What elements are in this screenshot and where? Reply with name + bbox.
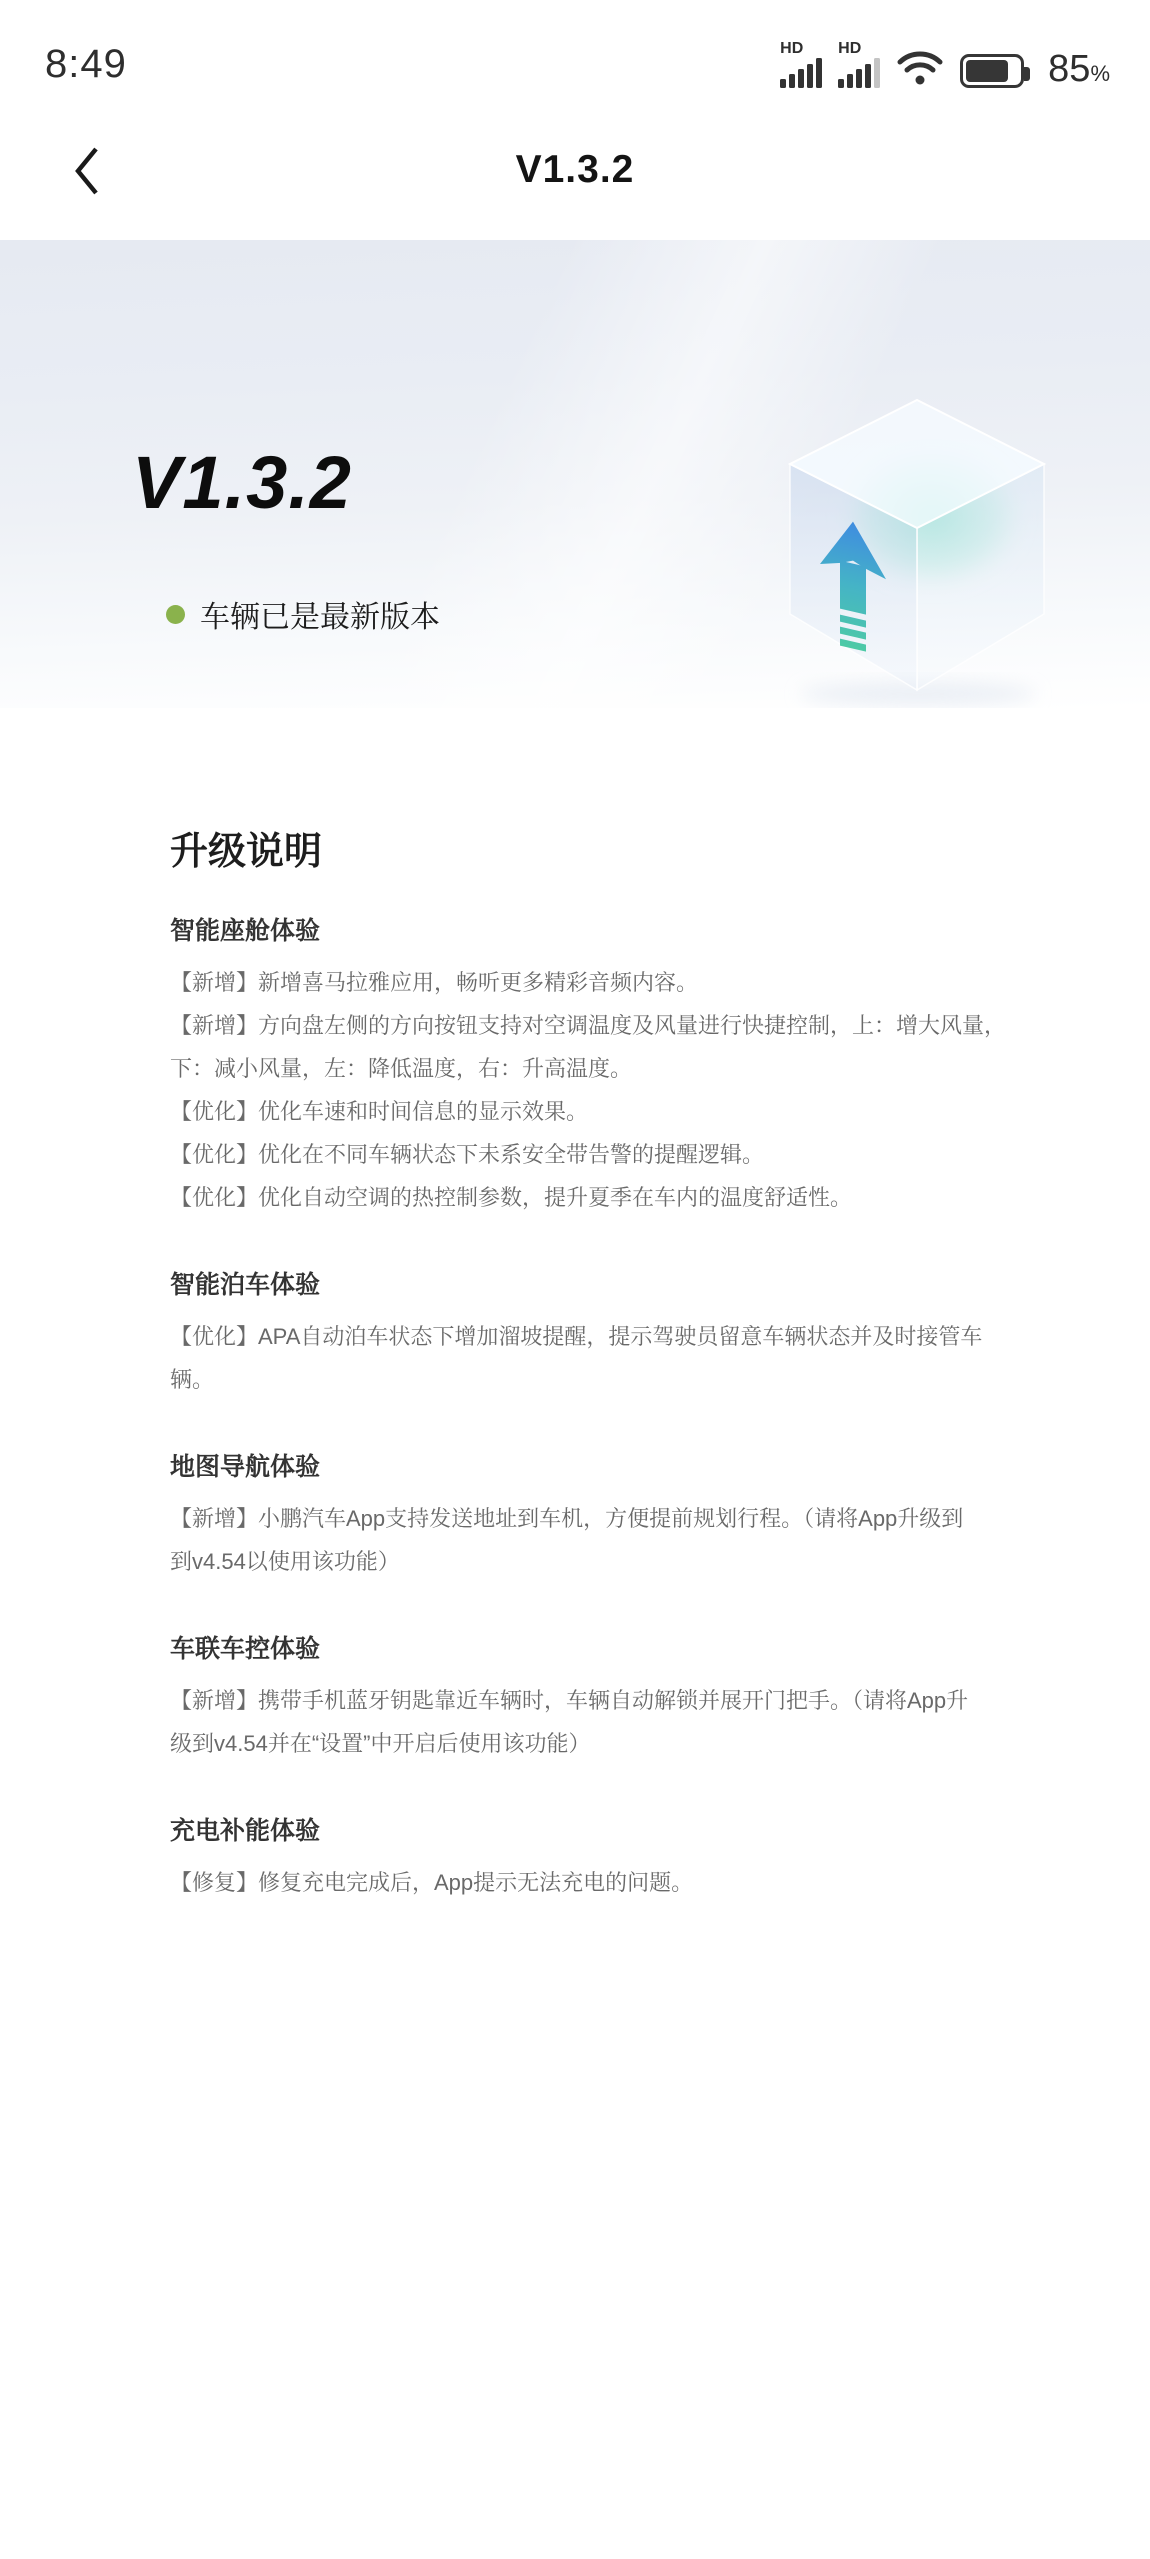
- battery-icon: [960, 54, 1024, 88]
- release-notes: 升级说明 智能座舱体验 【新增】新增喜马拉雅应用，畅听更多精彩音频内容。 【新增…: [0, 708, 1150, 1904]
- section-connectivity: 车联车控体验 【新增】携带手机蓝牙钥匙靠近车辆时，车辆自动解锁并展开门把手。（请…: [170, 1629, 1020, 1765]
- page-title: V1.3.2: [516, 148, 635, 192]
- section-heading: 充电补能体验: [170, 1811, 1020, 1847]
- section-heading: 车联车控体验: [170, 1629, 1020, 1665]
- section-body: 【新增】新增喜马拉雅应用，畅听更多精彩音频内容。 【新增】方向盘左侧的方向按钮支…: [170, 961, 1020, 1219]
- cellular-signal-1-icon: HD: [780, 41, 822, 88]
- section-charging: 充电补能体验 【修复】修复充电完成后，App提示无法充电的问题。: [170, 1811, 1020, 1904]
- battery-percent-value: 85: [1048, 48, 1090, 90]
- section-body: 【优化】APA自动泊车状态下增加溜坡提醒，提示驾驶员留意车辆状态并及时接管车辆。: [170, 1315, 1020, 1401]
- battery-percent: 85%: [1048, 50, 1110, 88]
- hero-status-row: 车辆已是最新版本: [166, 592, 440, 636]
- wifi-icon: [896, 49, 944, 87]
- hero-banner: V1.3.2 车辆已是最新版本: [0, 240, 1150, 708]
- section-cockpit: 智能座舱体验 【新增】新增喜马拉雅应用，畅听更多精彩音频内容。 【新增】方向盘左…: [170, 911, 1020, 1219]
- percent-sign: %: [1090, 61, 1110, 86]
- section-heading: 智能泊车体验: [170, 1265, 1020, 1301]
- notes-title: 升级说明: [170, 820, 1020, 875]
- status-dot-icon: [166, 605, 185, 624]
- hd-badge: HD: [838, 41, 861, 57]
- section-heading: 智能座舱体验: [170, 911, 1020, 947]
- section-parking: 智能泊车体验 【优化】APA自动泊车状态下增加溜坡提醒，提示驾驶员留意车辆状态并…: [170, 1265, 1020, 1401]
- section-body: 【新增】小鹏汽车App支持发送地址到车机，方便提前规划行程。（请将App升级到 …: [170, 1497, 1020, 1583]
- section-body: 【新增】携带手机蓝牙钥匙靠近车辆时，车辆自动解锁并展开门把手。（请将App升 级…: [170, 1679, 1020, 1765]
- hero-status-text: 车辆已是最新版本: [200, 592, 440, 636]
- section-body: 【修复】修复充电完成后，App提示无法充电的问题。: [170, 1861, 1020, 1904]
- status-time: 8:49: [45, 42, 127, 87]
- hero-version-text: V1.3.2: [132, 440, 352, 525]
- signal-bars: [780, 58, 822, 88]
- back-button[interactable]: [70, 144, 104, 198]
- nav-bar: V1.3.2: [0, 100, 1150, 240]
- signal-bars: [838, 58, 880, 88]
- section-heading: 地图导航体验: [170, 1447, 1020, 1483]
- cellular-signal-2-icon: HD: [838, 41, 880, 88]
- hd-badge: HD: [780, 41, 803, 57]
- update-cube-illustration: [762, 392, 1074, 708]
- section-navigation: 地图导航体验 【新增】小鹏汽车App支持发送地址到车机，方便提前规划行程。（请将…: [170, 1447, 1020, 1583]
- status-bar: 8:49 HD HD 85%: [0, 0, 1150, 100]
- status-icons: HD HD 85%: [780, 41, 1110, 88]
